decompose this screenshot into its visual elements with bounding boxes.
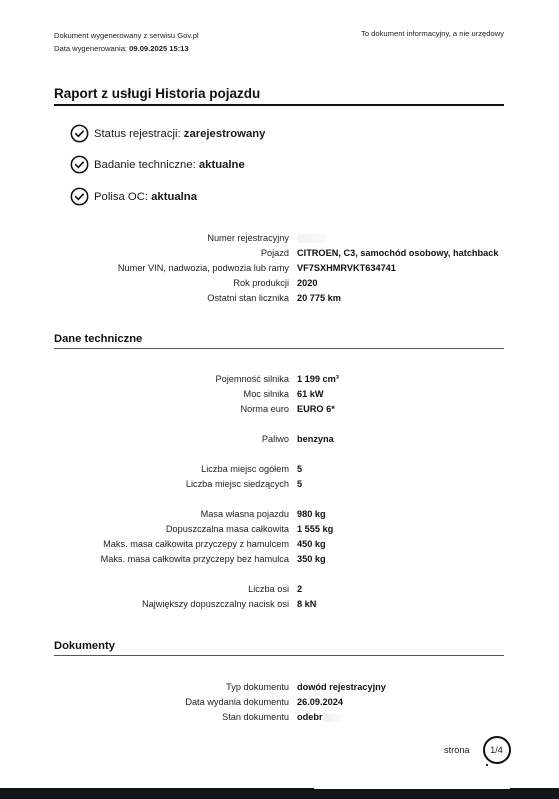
- info-row: Liczba miejsc ogółem5: [0, 464, 559, 478]
- info-row: Liczba miejsc siedzących5: [0, 479, 559, 493]
- info-row: Norma euroEURO 6*: [0, 404, 559, 418]
- info-value: 350 kg: [297, 554, 326, 564]
- info-label: Typ dokumentu: [226, 682, 289, 692]
- generation-info: Dokument wygenerowany z serwisu Gov.pl D…: [54, 29, 199, 55]
- info-label: Data wydania dokumentu: [185, 697, 289, 707]
- generated-label: Data wygenerowania:: [54, 44, 127, 53]
- info-label: Norma euro: [240, 404, 289, 414]
- info-value: 2020: [297, 278, 317, 288]
- info-value: 1 199 cm³: [297, 374, 339, 384]
- section-heading-technical: Dane techniczne: [54, 333, 142, 345]
- status-registration: Status rejestracji: zarejestrowany: [70, 124, 265, 143]
- info-row: Liczba osi2: [0, 584, 559, 598]
- info-label: Stan dokumentu: [222, 712, 289, 722]
- status-inspection: Badanie techniczne: aktualne: [70, 155, 245, 174]
- info-label: Moc silnika: [244, 389, 289, 399]
- info-label: Liczba osi: [248, 584, 289, 594]
- check-circle-icon: [70, 124, 89, 143]
- info-label: Pojazd: [261, 248, 289, 258]
- info-label: Największy dopuszczalny nacisk osi: [142, 599, 289, 609]
- info-label: Pojemność silnika: [215, 374, 289, 384]
- status-value: zarejestrowany: [184, 128, 266, 140]
- status-value: aktualne: [199, 159, 245, 171]
- info-row: PojazdCITROEN, C3, samochód osobowy, hat…: [0, 248, 559, 262]
- info-value: CITROEN, C3, samochód osobowy, hatchback: [297, 248, 498, 258]
- info-label: Liczba miejsc ogółem: [201, 464, 289, 474]
- info-row: Data wydania dokumentu26.09.2024: [0, 697, 559, 711]
- info-row: Dopuszczalna masa całkowita1 555 kg: [0, 524, 559, 538]
- disclaimer: To dokument informacyjny, a nie urzędowy: [361, 29, 504, 38]
- info-row: Moc silnika61 kW: [0, 389, 559, 403]
- info-value: dowód rejestracyjny: [297, 682, 386, 692]
- info-row: Paliwobenzyna: [0, 434, 559, 448]
- info-row: Rok produkcji2020: [0, 278, 559, 292]
- page-indicator: strona 1/4: [444, 736, 511, 764]
- info-value: 980 kg: [297, 509, 326, 519]
- info-label: Paliwo: [262, 434, 289, 444]
- info-label: Dopuszczalna masa całkowita: [166, 524, 289, 534]
- status-insurance: Polisa OC: aktualna: [70, 187, 197, 206]
- section-heading-documents: Dokumenty: [54, 640, 115, 652]
- info-value: EURO 6*: [297, 404, 335, 414]
- info-row: Stan dokumentuodebr: [0, 712, 559, 726]
- info-value: 450 kg: [297, 539, 326, 549]
- status-label: Polisa OC:: [94, 191, 148, 203]
- status-label: Status rejestracji:: [94, 128, 181, 140]
- info-label: Numer VIN, nadwozia, podwozia lub ramy: [118, 263, 289, 273]
- document-page: Dokument wygenerowany z serwisu Gov.pl D…: [0, 0, 559, 788]
- info-row: Numer rejestracyjny: [0, 233, 559, 247]
- status-value: aktualna: [151, 191, 197, 203]
- stray-mark: [486, 764, 488, 766]
- check-circle-icon: [70, 155, 89, 174]
- info-value: 5: [297, 464, 302, 474]
- info-value: 2: [297, 584, 302, 594]
- info-value: 20 775 km: [297, 293, 341, 303]
- section-divider: [54, 655, 504, 656]
- info-row: Ostatni stan licznika20 775 km: [0, 293, 559, 307]
- info-value: 1 555 kg: [297, 524, 333, 534]
- bottom-edge-bar: [0, 788, 559, 799]
- status-label: Badanie techniczne:: [94, 159, 196, 171]
- source-label: Dokument wygenerowany z serwisu Gov.pl: [54, 29, 199, 42]
- info-label: Maks. masa całkowita przyczepy bez hamul…: [101, 554, 289, 564]
- info-value: benzyna: [297, 434, 334, 444]
- info-value: odebr: [297, 712, 345, 722]
- info-row: Pojemność silnika1 199 cm³: [0, 374, 559, 388]
- info-value: 61 kW: [297, 389, 324, 399]
- info-label: Liczba miejsc siedzących: [186, 479, 289, 489]
- info-label: Maks. masa całkowita przyczepy z hamulce…: [103, 539, 289, 549]
- info-row: Typ dokumentudowód rejestracyjny: [0, 682, 559, 696]
- check-circle-icon: [70, 187, 89, 206]
- info-value: 26.09.2024: [297, 697, 343, 707]
- registration-number-redacted: [297, 233, 327, 243]
- info-row: Numer VIN, nadwozia, podwozia lub ramyVF…: [0, 263, 559, 277]
- page-number-badge: 1/4: [483, 736, 511, 764]
- info-label: Ostatni stan licznika: [207, 293, 289, 303]
- info-row: Masa własna pojazdu980 kg: [0, 509, 559, 523]
- generated-value: 09.09.2025 15:13: [129, 44, 189, 53]
- info-row: Największy dopuszczalny nacisk osi8 kN: [0, 599, 559, 613]
- info-label: Numer rejestracyjny: [207, 233, 289, 243]
- info-row: Maks. masa całkowita przyczepy z hamulce…: [0, 539, 559, 553]
- section-divider: [54, 348, 504, 349]
- pager-label: strona: [444, 745, 470, 755]
- page-title: Raport z usługi Historia pojazdu: [54, 86, 260, 101]
- info-label: Masa własna pojazdu: [201, 509, 289, 519]
- info-label: Rok produkcji: [233, 278, 289, 288]
- title-divider: [54, 104, 504, 106]
- info-row: Maks. masa całkowita przyczepy bez hamul…: [0, 554, 559, 568]
- info-value: 5: [297, 479, 302, 489]
- info-value: VF7SXHMRVKT634741: [297, 263, 396, 273]
- info-value: 8 kN: [297, 599, 316, 609]
